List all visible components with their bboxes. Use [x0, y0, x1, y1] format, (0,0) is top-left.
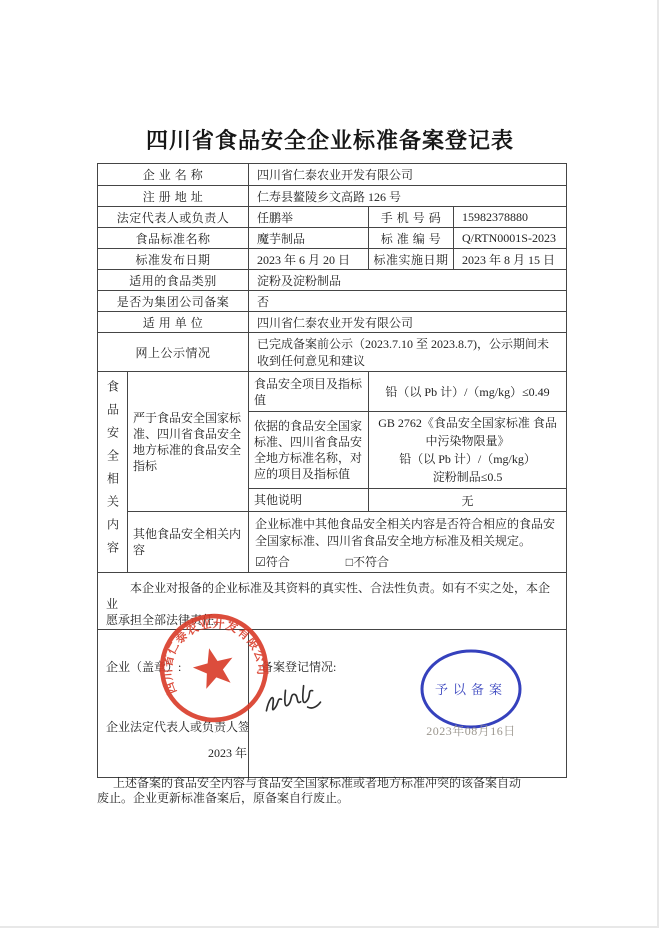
- legal-representative-value: 任鹏举: [249, 207, 369, 228]
- page-title: 四川省食品安全企业标准备案登记表: [85, 124, 575, 155]
- standard-number-label: 标 准 编 号: [369, 228, 454, 249]
- standard-name-label: 食品标准名称: [98, 228, 249, 249]
- table-row: 法定代表人或负责人 任鹏举 手 机 号 码 15982378880: [98, 207, 567, 228]
- compliance-checkboxes: ☑符合 □不符合: [255, 553, 560, 570]
- registration-table: 企 业 名 称 四川省仁泰农业开发有限公司 注 册 地 址 仁寿县鳌陵乡文高路 …: [97, 163, 567, 778]
- applicable-unit-label: 适 用 单 位: [98, 312, 249, 333]
- implement-date-label: 标准实施日期: [369, 249, 454, 270]
- company-name-label: 企 业 名 称: [98, 164, 249, 186]
- table-row: 是否为集团公司备案 否: [98, 291, 567, 312]
- public-notice-label: 网上公示情况: [98, 333, 249, 372]
- checkbox-unchecked-nonconform: □不符合: [346, 553, 389, 570]
- standard-name-value: 魔芋制品: [249, 228, 369, 249]
- implement-date-value: 2023 年 8 月 15 日: [454, 249, 567, 270]
- registration-stamp-cell: 备案登记情况:: [249, 630, 567, 778]
- basis-standard-label: 依据的食品安全国家 标准、四川省食品安 全地方标准名称，对 应的项目及指标值: [249, 412, 369, 489]
- safety-item-value: 铅（以 Pb 计）/（mg/kg）≤0.49: [369, 372, 567, 412]
- food-safety-section-label: 食品安全相关内容: [98, 372, 128, 573]
- table-row: 企 业 名 称 四川省仁泰农业开发有限公司: [98, 164, 567, 186]
- table-row: 本企业对报备的企业标准及其资料的真实性、合法性负责。如有不实之处，本企业 愿承担…: [98, 573, 567, 630]
- group-filing-label: 是否为集团公司备案: [98, 291, 249, 312]
- food-category-label: 适用的食品类别: [98, 270, 249, 291]
- phone-label: 手 机 号 码: [369, 207, 454, 228]
- table-row: 适 用 单 位 四川省仁泰农业开发有限公司: [98, 312, 567, 333]
- registration-status-label: 备案登记情况:: [261, 658, 336, 675]
- table-row: 注 册 地 址 仁寿县鳌陵乡文高路 126 号: [98, 186, 567, 207]
- table-row: 企业（盖章）: 企业法定代表人或负责人签字: 2023 年 8 月 15 日 备…: [98, 630, 567, 778]
- other-safety-content-label: 其他食品安全相关内 容: [128, 512, 249, 573]
- company-stamp-cell: 企业（盖章）: 企业法定代表人或负责人签字: 2023 年 8 月 15 日: [98, 630, 249, 778]
- table-row: 网上公示情况 已完成备案前公示（2023.7.10 至 2023.8.7)，公示…: [98, 333, 567, 372]
- table-row: 标准发布日期 2023 年 6 月 20 日 标准实施日期 2023 年 8 月…: [98, 249, 567, 270]
- food-safety-section-label-text: 食品安全相关内容: [99, 380, 127, 564]
- food-category-value: 淀粉及淀粉制品: [249, 270, 567, 291]
- other-note-label: 其他说明: [249, 489, 369, 512]
- legal-representative-label: 法定代表人或负责人: [98, 207, 249, 228]
- declaration-text: 本企业对报备的企业标准及其资料的真实性、合法性负责。如有不实之处，本企业 愿承担…: [98, 573, 567, 630]
- applicable-unit-value: 四川省仁泰农业开发有限公司: [249, 312, 567, 333]
- table-row: 其他食品安全相关内 容 企业标准中其他食品安全相关内容是否符合相应的食品安 全国…: [98, 512, 567, 573]
- scanned-registration-form: 四川省食品安全企业标准备案登记表 企 业 名 称 四川省仁泰农业开发有限公司 注…: [0, 0, 659, 928]
- address-value: 仁寿县鳌陵乡文高路 126 号: [249, 186, 567, 207]
- table-row: 适用的食品类别 淀粉及淀粉制品: [98, 270, 567, 291]
- table-row: 食品标准名称 魔芋制品 标 准 编 号 Q/RTN0001S-2023: [98, 228, 567, 249]
- group-filing-value: 否: [249, 291, 567, 312]
- sign-date: 2023 年 8 月 15 日: [208, 744, 249, 761]
- basis-standard-value: GB 2762《食品安全国家标准 食品 中污染物限量》 铅（以 Pb 计）/（m…: [369, 412, 567, 489]
- publish-date-label: 标准发布日期: [98, 249, 249, 270]
- public-notice-value: 已完成备案前公示（2023.7.10 至 2023.8.7)，公示期间未 收到任…: [249, 333, 567, 372]
- stricter-standards-label: 严于食品安全国家标 准、四川省食品安全 地方标准的食品安全 指标: [128, 372, 249, 512]
- other-safety-content-cell: 企业标准中其他食品安全相关内容是否符合相应的食品安 全国家标准、四川省食品安全地…: [249, 512, 567, 573]
- other-note-value: 无: [369, 489, 567, 512]
- footnote-text: 上述备案的食品安全内容与食品安全国家标准或者地方标准冲突的该备案自动 废止。企业…: [97, 776, 527, 806]
- company-name-value: 四川省仁泰农业开发有限公司: [249, 164, 567, 186]
- safety-item-label: 食品安全项目及指标 值: [249, 372, 369, 412]
- address-label: 注 册 地 址: [98, 186, 249, 207]
- signature-label: 企业法定代表人或负责人签字:: [106, 718, 249, 735]
- other-safety-content-text: 企业标准中其他食品安全相关内容是否符合相应的食品安 全国家标准、四川省食品安全地…: [255, 516, 560, 550]
- standard-number-value: Q/RTN0001S-2023: [454, 228, 567, 249]
- checkbox-checked-conform: ☑符合: [255, 553, 290, 570]
- publish-date-value: 2023 年 6 月 20 日: [249, 249, 369, 270]
- table-row: 食品安全相关内容 严于食品安全国家标 准、四川省食品安全 地方标准的食品安全 指…: [98, 372, 567, 412]
- phone-value: 15982378880: [454, 207, 567, 228]
- company-seal-label: 企业（盖章）:: [106, 658, 181, 675]
